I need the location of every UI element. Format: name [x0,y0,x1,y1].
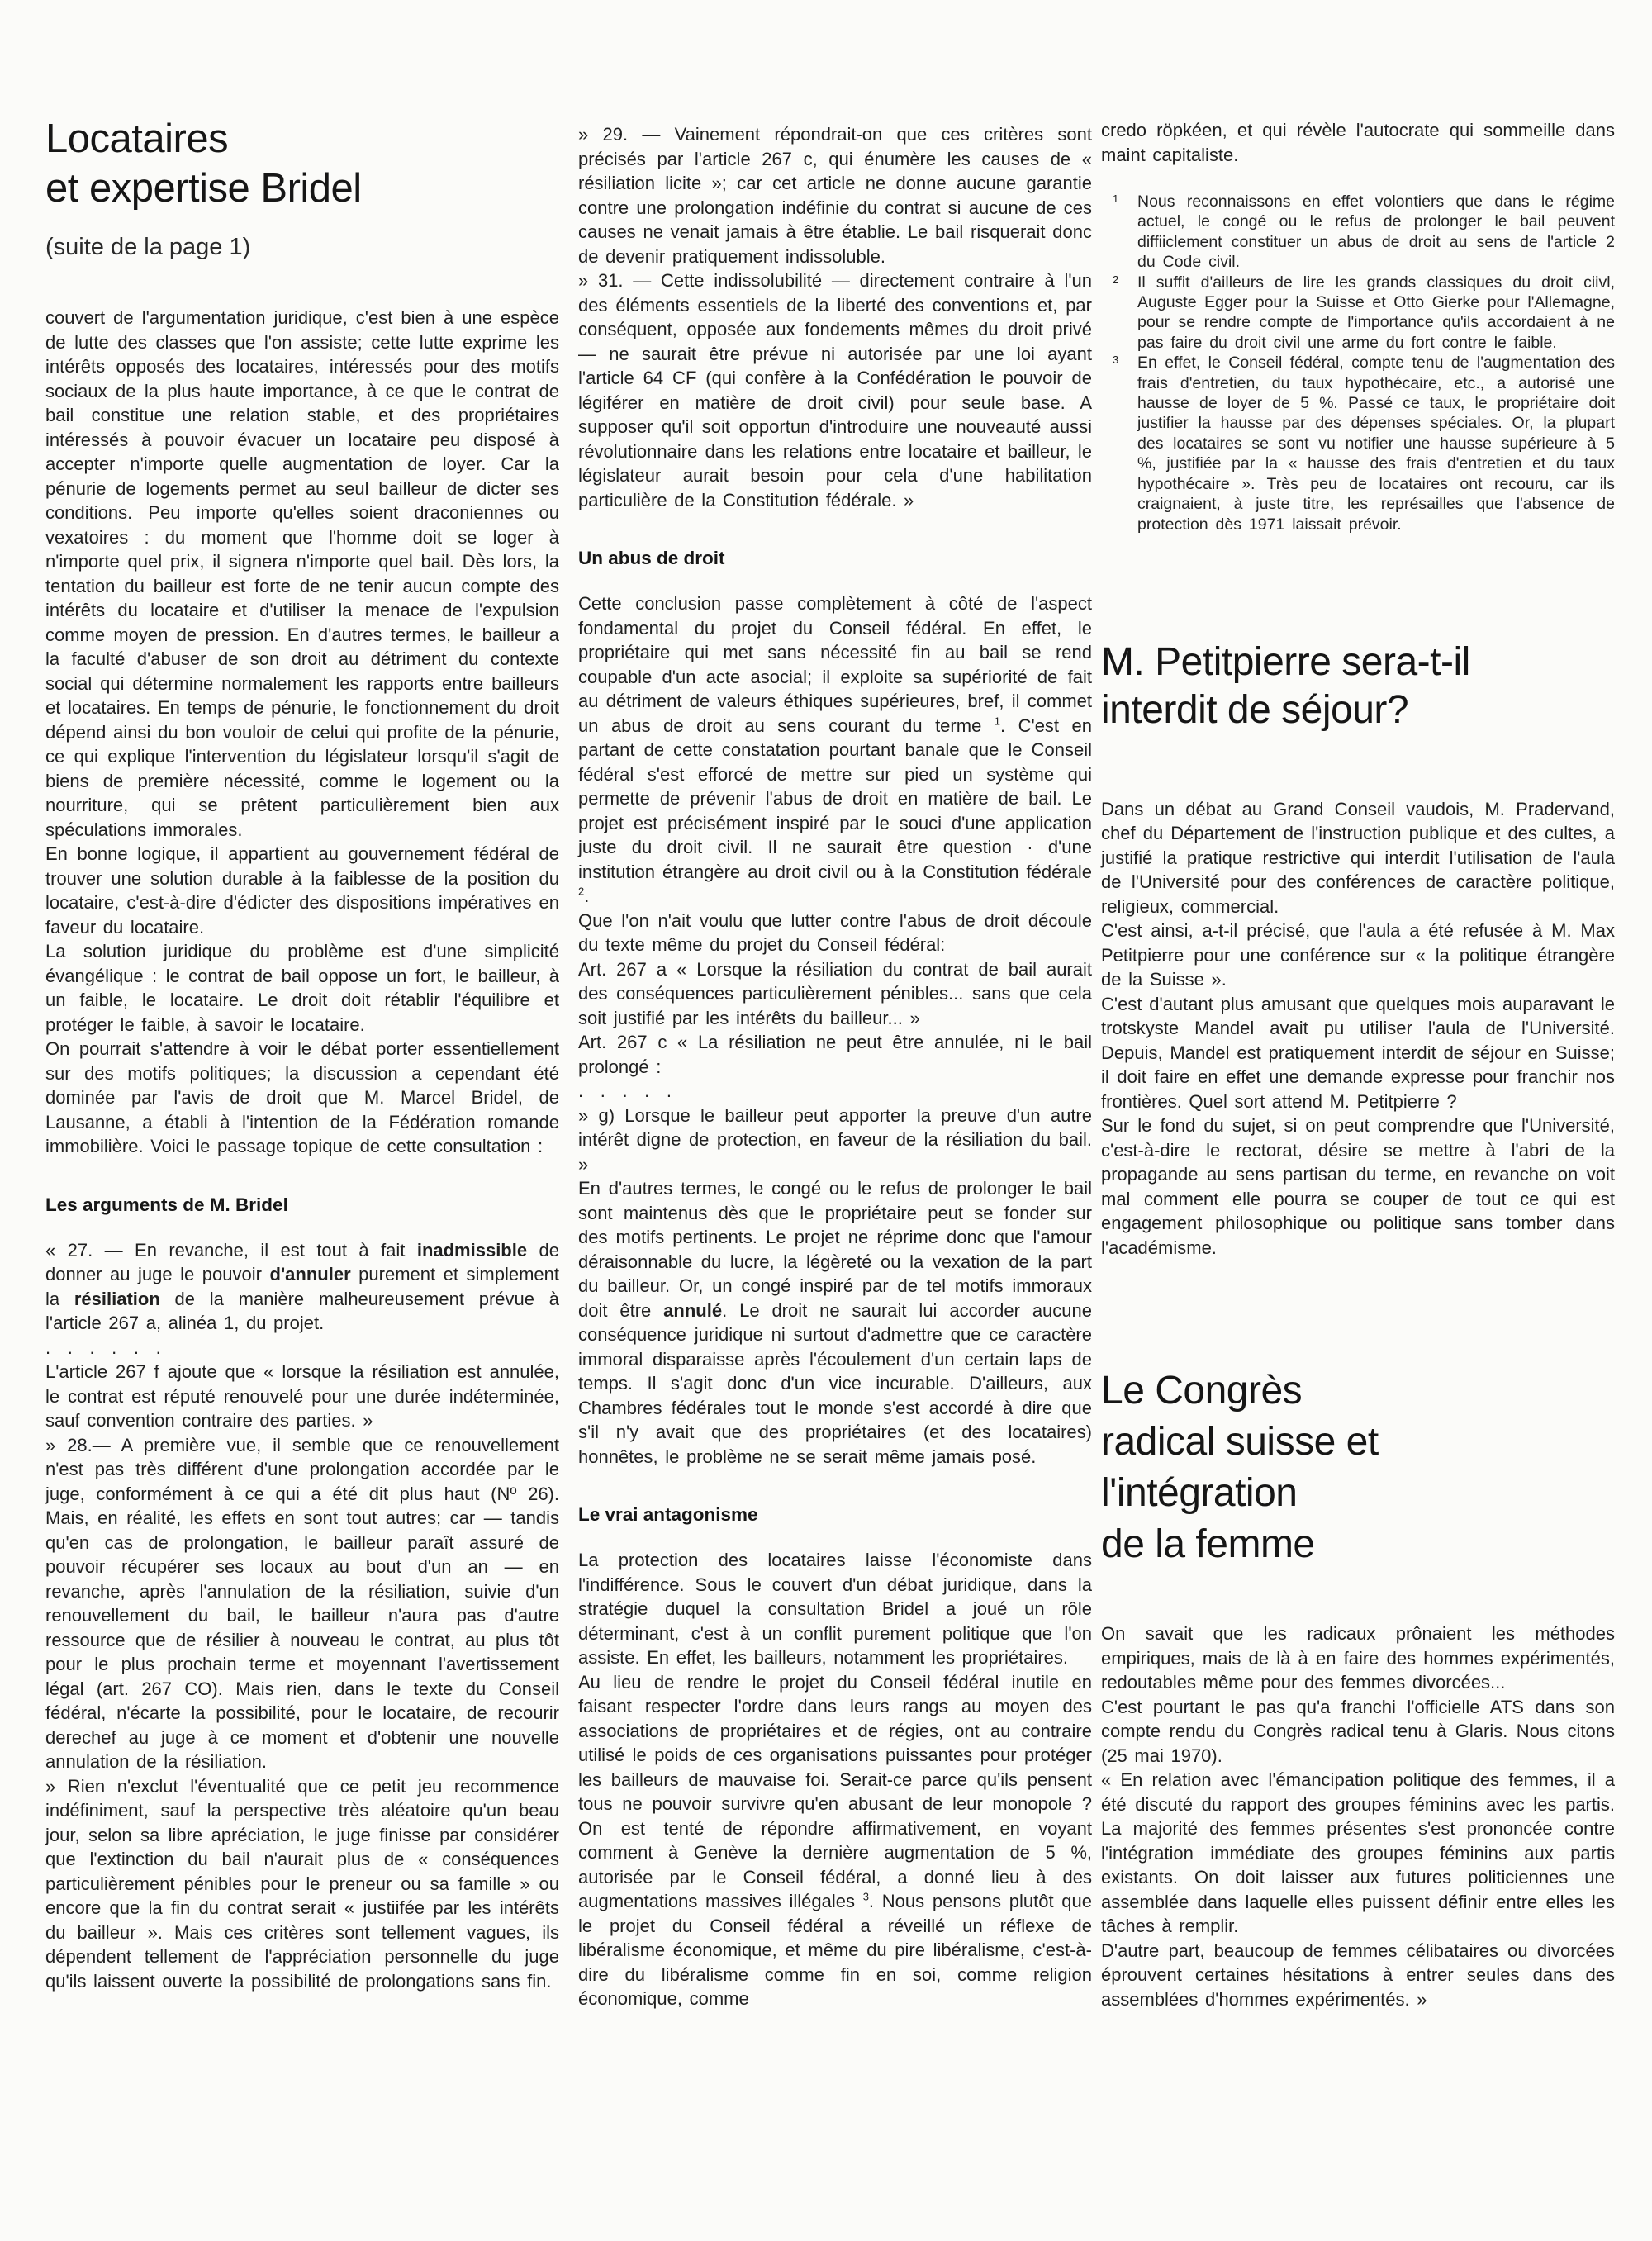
footnote: 1 Nous reconnaissons en effet volontiers… [1101,192,1615,273]
paragraph: Art. 267 a « Lorsque la résiliation du c… [578,957,1092,1031]
paragraph: Dans un débat au Grand Conseil vaudois, … [1101,797,1615,919]
paragraph: On pourrait s'attendre à voir le débat p… [45,1037,559,1159]
article-body-congres: On savait que les radicaux prônaient les… [1101,1621,1615,2011]
paragraph: » 28.— A première vue, il semble que ce … [45,1433,559,1774]
paragraph: Sur le fond du sujet, si on peut compren… [1101,1113,1615,1260]
paragraph: » g) Lorsque le bailleur peut apporter l… [578,1104,1092,1177]
paragraph: Art. 267 c « La résiliation ne peut être… [578,1030,1092,1079]
article-subtitle: (suite de la page 1) [45,233,559,261]
paragraph: couvert de l'argumentation juridique, c'… [45,306,559,842]
paragraph: En d'autres termes, le congé ou le refus… [578,1176,1092,1469]
paragraph: D'autre part, beaucoup de femmes célibat… [1101,1939,1615,2012]
footnote-text: En effet, le Conseil fédéral, compte ten… [1137,353,1615,534]
paragraph: C'est ainsi, a-t-il précisé, que l'aula … [1101,919,1615,992]
article-body: couvert de l'argumentation juridique, c'… [45,306,559,1993]
footnote-marker: 3 [1113,354,1118,366]
title-line: de la femme [1101,1519,1615,1570]
footnotes: 1 Nous reconnaissons en effet volontiers… [1101,192,1615,534]
paragraph: » 31. — Cette indissolubilité — directem… [578,268,1092,512]
paragraph: Cette conclusion passe complètement à cô… [578,591,1092,909]
footnote-marker: 1 [1113,192,1118,205]
article-title-congres: Le Congrès radical suisse et l'intégrati… [1101,1365,1615,1570]
article-locataires: Locataires et expertise Bridel (suite de… [45,0,559,1993]
paragraph: Au lieu de rendre le projet du Conseil f… [578,1670,1092,2011]
title-line: radical suisse et [1101,1417,1615,1468]
paragraph: L'article 267 f ajoute que « lorsque la … [45,1360,559,1433]
paragraph: En bonne logique, il appartient au gouve… [45,842,559,939]
title-line: Le Congrès [1101,1365,1615,1417]
title-line: et expertise Bridel [45,164,559,213]
article-body-end: credo röpkéen, et qui révèle l'autocrate… [1101,118,1615,167]
footnote-marker: 2 [1113,273,1118,286]
paragraph: » 29. — Vainement répondrait-on que ces … [578,122,1092,268]
article-body-petitpierre: Dans un débat au Grand Conseil vaudois, … [1101,797,1615,1261]
section-heading-antagonisme: Le vrai antagonisme [578,1503,1092,1526]
newspaper-page: Locataires et expertise Bridel (suite de… [0,0,1652,2241]
right-column: credo röpkéen, et qui révèle l'autocrate… [1101,0,1615,2011]
section-heading-arguments: Les arguments de M. Bridel [45,1194,559,1217]
paragraph: C'est pourtant le pas qu'a franchi l'off… [1101,1695,1615,1769]
paragraph: La protection des locataires laisse l'éc… [578,1548,1092,1670]
article-title-locataires: Locataires et expertise Bridel [45,114,559,213]
paragraph: C'est d'autant plus amusant que quelques… [1101,992,1615,1114]
paragraph: Que l'on n'ait voulu que lutter contre l… [578,909,1092,957]
title-line: interdit de séjour? [1101,686,1615,734]
paragraph: credo röpkéen, et qui révèle l'autocrate… [1101,118,1615,167]
paragraph: « 27. — En revanche, il est tout à fait … [45,1238,559,1336]
article-locataires-continuation: » 29. — Vainement répondrait-on que ces … [578,0,1092,2011]
article-title-petitpierre: M. Petitpierre sera-t-il interdit de séj… [1101,639,1615,734]
paragraph: » Rien n'exclut l'éventualité que ce pet… [45,1774,559,1994]
footnote: 3 En effet, le Conseil fédéral, compte t… [1101,353,1615,534]
title-line: l'intégration [1101,1468,1615,1519]
section-heading-abus: Un abus de droit [578,547,1092,570]
paragraph: La solution juridique du problème est d'… [45,939,559,1037]
paragraph: « En relation avec l'émancipation politi… [1101,1768,1615,1939]
title-line: Locataires [45,114,559,164]
footnote: 2 Il suffit d'ailleurs de lire les grand… [1101,273,1615,354]
title-line: M. Petitpierre sera-t-il [1101,639,1615,686]
footnote-text: Nous reconnaissons en effet volontiers q… [1137,192,1615,273]
article-body: » 29. — Vainement répondrait-on que ces … [578,122,1092,2011]
paragraph: On savait que les radicaux prônaient les… [1101,1621,1615,1695]
footnote-text: Il suffit d'ailleurs de lire les grands … [1137,273,1615,354]
ellipsis-separator: . . . . . [578,1079,1092,1104]
ellipsis-separator: . . . . . . [45,1336,559,1360]
